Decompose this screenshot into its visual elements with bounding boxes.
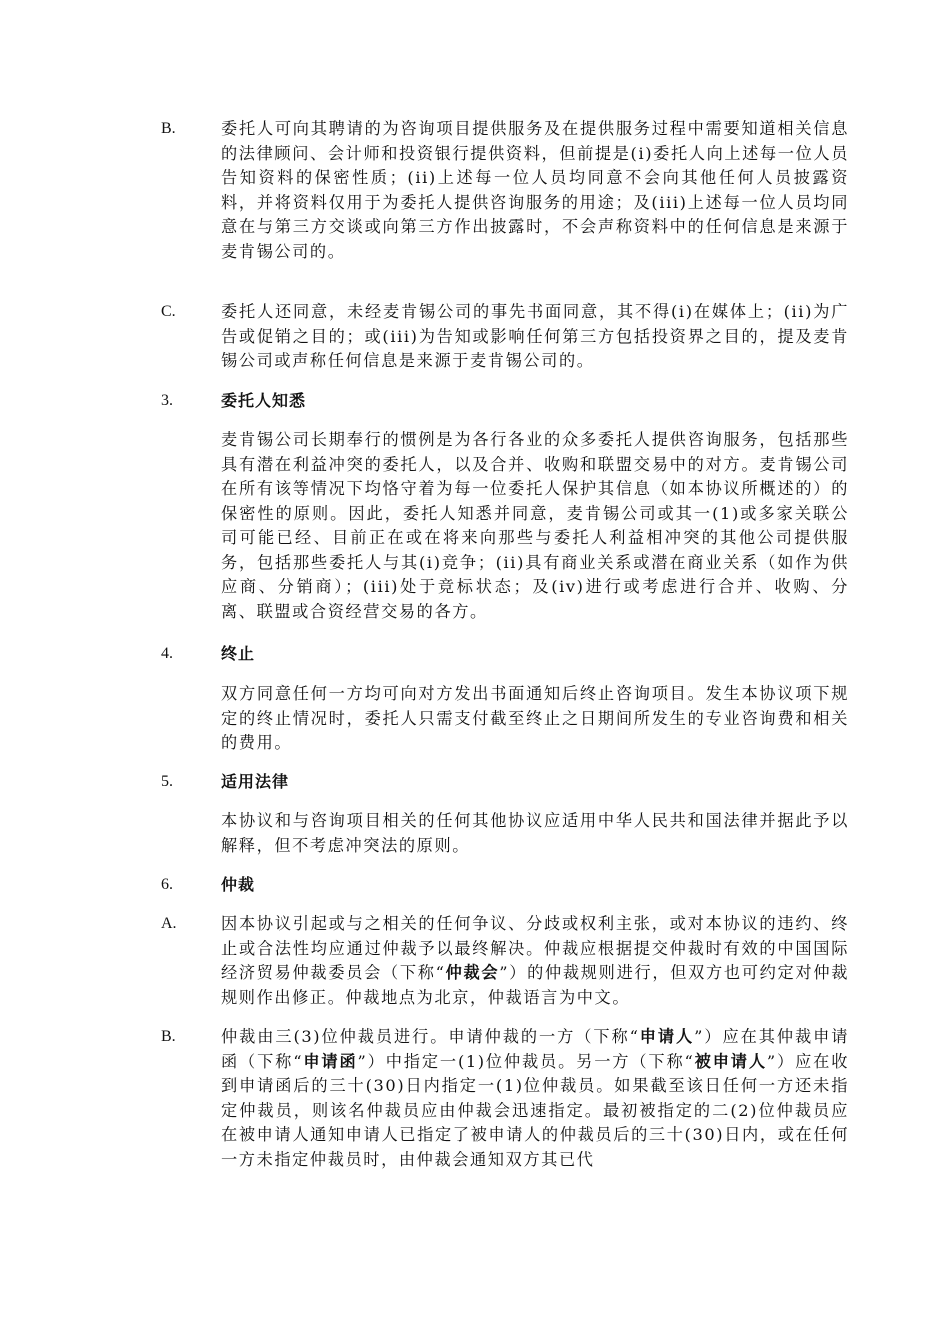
defined-term: 仲裁会 <box>446 963 500 982</box>
section-number: 5. <box>161 770 173 794</box>
section-title: 适用法律 <box>221 770 289 794</box>
section-title: 仲裁 <box>221 873 255 897</box>
clause-text: 仲裁由三(3)位仲裁员进行。申请仲裁的一方（下称“申请人”）应在其仲裁申请函（下… <box>221 1025 849 1172</box>
text-run: ”）中指定一(1)位仲裁员。另一方（下称“ <box>358 1052 695 1071</box>
defined-term: 申请人 <box>639 1027 694 1046</box>
paragraph: 本协议和与咨询项目相关的任何其他协议应适用中华人民共和国法律并据此予以解释，但不… <box>221 809 849 858</box>
defined-term: 被申请人 <box>694 1052 766 1071</box>
section-number: 3. <box>161 389 173 413</box>
clause-text: 因本协议引起或与之相关的任何争议、分歧或权利主张，或对本协议的违约、终止或合法性… <box>221 912 849 1010</box>
clause-text: 委托人可向其聘请的为咨询项目提供服务及在提供服务过程中需要知道相关信息的法律顾问… <box>221 117 849 264</box>
paragraph: 双方同意任何一方均可向对方发出书面通知后终止咨询项目。发生本协议项下规定的终止情… <box>221 682 849 756</box>
clause-label: C. <box>161 300 176 324</box>
defined-term: 申请函 <box>303 1052 357 1071</box>
section-title: 终止 <box>221 642 255 666</box>
section-number: 4. <box>161 642 173 666</box>
text-run: 仲裁由三(3)位仲裁员进行。申请仲裁的一方（下称“ <box>221 1027 639 1046</box>
clause-label: B. <box>161 1025 176 1049</box>
clause-label: A. <box>161 912 177 936</box>
document-page: B. 委托人可向其聘请的为咨询项目提供服务及在提供服务过程中需要知道相关信息的法… <box>0 0 950 1344</box>
section-title: 委托人知悉 <box>221 389 306 413</box>
clause-text: 委托人还同意，未经麦肯锡公司的事先书面同意，其不得(i)在媒体上；(ii)为广告… <box>221 300 849 374</box>
section-number: 6. <box>161 873 173 897</box>
paragraph: 麦肯锡公司长期奉行的惯例是为各行各业的众多委托人提供咨询服务，包括那些具有潜在利… <box>221 428 849 624</box>
clause-label: B. <box>161 117 176 141</box>
